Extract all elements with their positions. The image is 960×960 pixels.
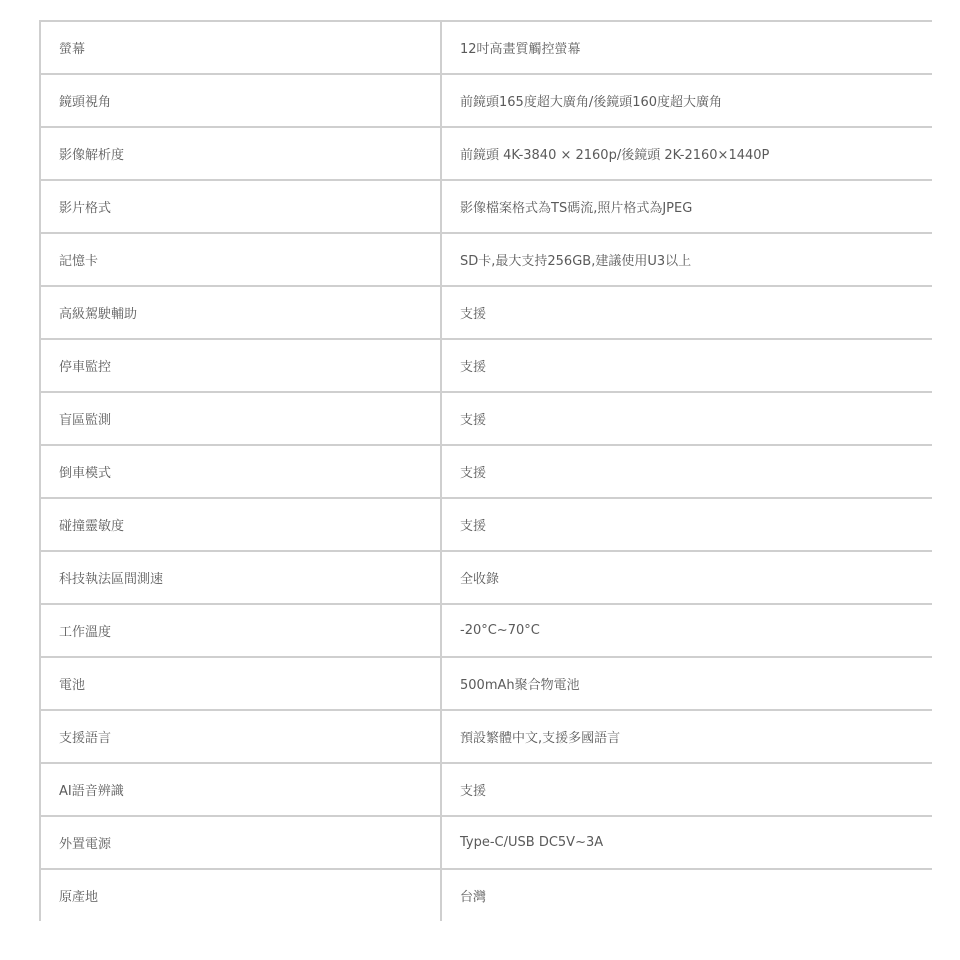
- spec-label: 螢幕: [40, 21, 441, 74]
- spec-label: 外置電源: [40, 816, 441, 869]
- spec-value: -20°C~70°C: [441, 604, 932, 657]
- spec-value: 影像檔案格式為TS碼流,照片格式為JPEG: [441, 180, 932, 233]
- spec-value: 全收錄: [441, 551, 932, 604]
- table-row: 影片格式 影像檔案格式為TS碼流,照片格式為JPEG: [40, 180, 932, 233]
- spec-table: 螢幕 12吋高畫質觸控螢幕 鏡頭視角 前鏡頭165度超大廣角/後鏡頭160度超大…: [39, 20, 932, 921]
- spec-label: 碰撞靈敏度: [40, 498, 441, 551]
- table-row: 高級駕駛輔助 支援: [40, 286, 932, 339]
- spec-label: 科技執法區間測速: [40, 551, 441, 604]
- spec-label: 記憶卡: [40, 233, 441, 286]
- table-row: 倒車模式 支援: [40, 445, 932, 498]
- spec-value: Type-C/USB DC5V~3A: [441, 816, 932, 869]
- spec-label: 停車監控: [40, 339, 441, 392]
- spec-value: 支援: [441, 763, 932, 816]
- spec-label: AI語音辨識: [40, 763, 441, 816]
- table-row: 停車監控 支援: [40, 339, 932, 392]
- spec-value: 前鏡頭 4K-3840 × 2160p/後鏡頭 2K-2160×1440P: [441, 127, 932, 180]
- spec-label: 倒車模式: [40, 445, 441, 498]
- spec-value: 500mAh聚合物電池: [441, 657, 932, 710]
- table-row: 外置電源 Type-C/USB DC5V~3A: [40, 816, 932, 869]
- table-row: 影像解析度 前鏡頭 4K-3840 × 2160p/後鏡頭 2K-2160×14…: [40, 127, 932, 180]
- spec-value: 支援: [441, 498, 932, 551]
- spec-label: 影像解析度: [40, 127, 441, 180]
- table-row: 電池 500mAh聚合物電池: [40, 657, 932, 710]
- spec-value: 預設繁體中文,支援多國語言: [441, 710, 932, 763]
- spec-value: 支援: [441, 445, 932, 498]
- spec-value: 支援: [441, 286, 932, 339]
- spec-label: 原產地: [40, 869, 441, 921]
- table-row: 記憶卡 SD卡,最大支持256GB,建議使用U3以上: [40, 233, 932, 286]
- spec-label: 支援語言: [40, 710, 441, 763]
- spec-value: 前鏡頭165度超大廣角/後鏡頭160度超大廣角: [441, 74, 932, 127]
- table-row: 碰撞靈敏度 支援: [40, 498, 932, 551]
- table-row: 支援語言 預設繁體中文,支援多國語言: [40, 710, 932, 763]
- spec-value: 12吋高畫質觸控螢幕: [441, 21, 932, 74]
- table-row: 螢幕 12吋高畫質觸控螢幕: [40, 21, 932, 74]
- table-row: 盲區監測 支援: [40, 392, 932, 445]
- table-row: 鏡頭視角 前鏡頭165度超大廣角/後鏡頭160度超大廣角: [40, 74, 932, 127]
- spec-label: 鏡頭視角: [40, 74, 441, 127]
- spec-value: 支援: [441, 392, 932, 445]
- spec-label: 工作溫度: [40, 604, 441, 657]
- spec-label: 電池: [40, 657, 441, 710]
- spec-value: 支援: [441, 339, 932, 392]
- table-row: 原產地 台灣: [40, 869, 932, 921]
- spec-value: 台灣: [441, 869, 932, 921]
- table-row: 工作溫度 -20°C~70°C: [40, 604, 932, 657]
- table-row: 科技執法區間測速 全收錄: [40, 551, 932, 604]
- spec-label: 盲區監測: [40, 392, 441, 445]
- table-row: AI語音辨識 支援: [40, 763, 932, 816]
- spec-table-container: 螢幕 12吋高畫質觸控螢幕 鏡頭視角 前鏡頭165度超大廣角/後鏡頭160度超大…: [39, 20, 932, 952]
- spec-label: 影片格式: [40, 180, 441, 233]
- spec-value: SD卡,最大支持256GB,建議使用U3以上: [441, 233, 932, 286]
- spec-label: 高級駕駛輔助: [40, 286, 441, 339]
